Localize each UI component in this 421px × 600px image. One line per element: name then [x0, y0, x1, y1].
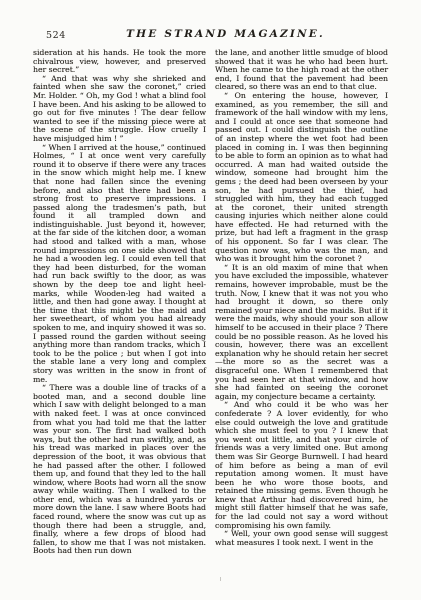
scan-artifact — [220, 577, 221, 581]
magazine-page: 524 THE STRAND MAGAZINE. sideration at h… — [0, 0, 421, 600]
paragraph: “ On entering the house, however, I exam… — [215, 92, 388, 264]
paragraph: “ It is an old maxim of mine that when y… — [215, 264, 388, 402]
text-columns: sideration at his hands. He took the mor… — [33, 49, 388, 556]
paragraph: “ There was a double line of tracks of a… — [33, 384, 206, 556]
paragraph: “ When I arrived at the house,” continue… — [33, 144, 206, 385]
paragraph-continuation: sideration at his hands. He took the mor… — [33, 49, 206, 75]
right-column: the lane, and another little smudge of b… — [215, 49, 388, 556]
page-header: 524 THE STRAND MAGAZINE. — [0, 28, 421, 44]
paragraph: “ And who could it be who was her confed… — [215, 401, 388, 530]
paragraph: “ And that was why she shrieked and fain… — [33, 75, 206, 144]
paragraph: “ Well, your own good sense will suggest… — [215, 530, 388, 547]
paragraph-continuation: the lane, and another little smudge of b… — [215, 49, 388, 92]
magazine-title: THE STRAND MAGAZINE. — [0, 28, 421, 40]
left-column: sideration at his hands. He took the mor… — [33, 49, 206, 556]
